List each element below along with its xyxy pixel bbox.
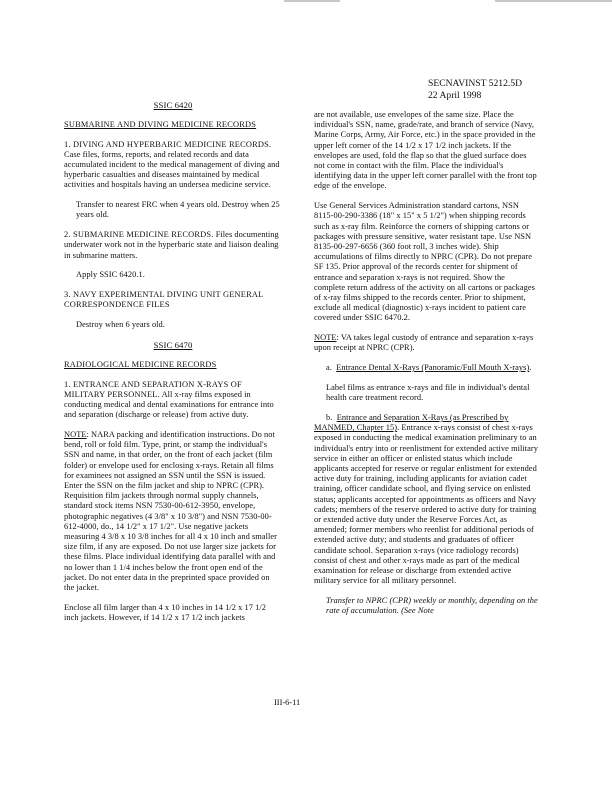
subitem-a-heading: a. Entrance Dental X-Rays (Panoramic/Ful… <box>314 363 538 373</box>
envelope-instructions: are not available, use envelopes of the … <box>314 110 538 192</box>
scan-artifact-line <box>495 0 612 2</box>
ssic-6420-code: SSIC 6420 <box>64 100 282 110</box>
item-disposition: Apply SSIC 6420.1. <box>64 270 282 280</box>
instruction-number: SECNAVINST 5212.5D <box>428 78 522 90</box>
subitem-a-disposition: Label films as entrance x-rays and file … <box>314 383 538 403</box>
ssic-6420-title: SUBMARINE AND DIVING MEDICINE RECORDS <box>64 120 282 130</box>
subitem-label: b. <box>326 413 332 422</box>
enclose-film-paragraph: Enclose all film larger than 4 x 10 inch… <box>64 603 282 623</box>
ssic-6470-code: SSIC 6470 <box>64 340 282 350</box>
disposition-text: Transfer to NPRC (CPR) weekly or monthly… <box>326 596 538 615</box>
gsa-cartons-paragraph: Use General Services Administration stan… <box>314 201 538 323</box>
document-header: SECNAVINST 5212.5D 22 April 1998 <box>428 78 522 102</box>
item-disposition: Destroy when 6 years old. <box>64 320 282 330</box>
right-column: are not available, use envelopes of the … <box>314 110 538 626</box>
subitem-period: . <box>529 363 531 372</box>
item-diving-hyperbaric: 1. DIVING AND HYPERBARIC MEDICINE RECORD… <box>64 140 282 191</box>
item-body: Case files, forms, reports, and related … <box>64 150 280 190</box>
item-nedu-correspondence: 3. NAVY EXPERIMENTAL DIVING UNIT GENERAL… <box>64 290 282 310</box>
note-body: : NARA packing and identification instru… <box>64 430 277 592</box>
subitem-title: Entrance Dental X-Rays (Panoramic/Full M… <box>336 363 529 372</box>
item-entrance-separation-xrays: 1. ENTRANCE AND SEPARATION X-RAYS OF MIL… <box>64 380 282 421</box>
subitem-b-disposition: Transfer to NPRC (CPR) weekly or monthly… <box>314 596 538 616</box>
item-disposition: Transfer to nearest FRC when 4 years old… <box>64 200 282 220</box>
page-number: III-6-11 <box>274 698 300 707</box>
nara-note: NOTE: NARA packing and identification in… <box>64 430 282 593</box>
scan-artifact-line <box>284 0 340 2</box>
item-heading: 2. SUBMARINE MEDICINE RECORDS. <box>64 230 214 239</box>
subitem-body: . Entrance x-rays consist of chest x-ray… <box>314 423 538 585</box>
va-note: NOTE: VA takes legal custody of entrance… <box>314 333 538 353</box>
left-column: SSIC 6420 SUBMARINE AND DIVING MEDICINE … <box>64 100 282 633</box>
document-date: 22 April 1998 <box>428 90 522 102</box>
note-label: NOTE <box>64 430 87 439</box>
item-submarine-medicine: 2. SUBMARINE MEDICINE RECORDS. Files doc… <box>64 230 282 261</box>
note-body: : VA takes legal custody of entrance and… <box>314 333 533 352</box>
subitem-label: a. <box>326 363 332 372</box>
ssic-6470-title: RADIOLOGICAL MEDICINE RECORDS <box>64 360 282 370</box>
note-label: NOTE <box>314 333 337 342</box>
subitem-b: b. Entrance and Separation X-Rays (as Pr… <box>314 413 538 586</box>
item-heading: 1. DIVING AND HYPERBARIC MEDICINE RECORD… <box>64 140 271 149</box>
